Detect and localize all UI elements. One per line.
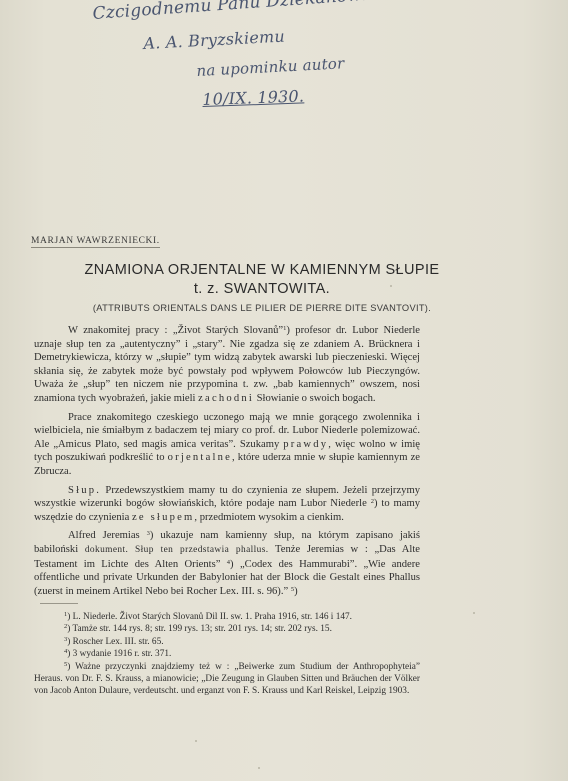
- article-body: W znakomitej pracy : „Život Starých Slov…: [34, 324, 420, 603]
- footnote-1: 1) L. Niederle. Život Starých Slovanů Di…: [34, 611, 420, 623]
- footnote-4: 4) 3 wydanie 1916 r. str. 371.: [34, 648, 420, 660]
- handwritten-date-text: 10/IX. 1930.: [202, 86, 304, 109]
- paragraph-2: Prace znakomitego czeskiego uczonego maj…: [34, 411, 420, 479]
- spaced-emphasis: ze słupem: [132, 512, 194, 523]
- handwritten-dedication-line-2: A. A. Bryzskiemu: [143, 27, 285, 53]
- footnote-2: 2) Tamże str. 144 rys. 8; str. 199 rys. …: [34, 623, 420, 635]
- footnote-text: ) Tamże str. 144 rys. 8; str. 199 rys. 1…: [67, 624, 332, 634]
- spaced-emphasis: phallus.: [229, 545, 268, 555]
- handwritten-dedication-line-1: Czcigodnemu Panu Dziekanowi: [92, 0, 368, 24]
- spaced-emphasis: zachodni: [198, 393, 254, 404]
- handwritten-date: 10/IX. 1930.: [202, 86, 304, 109]
- small-caps-run: dokument. Słup ten przedstawia: [85, 545, 229, 555]
- footnotes: 1) L. Niederle. Život Starých Slovanů Di…: [34, 611, 420, 698]
- text-run: ): [294, 586, 298, 597]
- text-run: Alfred Jeremias: [68, 530, 147, 541]
- spaced-emphasis: orjentalne: [168, 452, 232, 463]
- footnote-text: ) L. Niederle. Život Starých Slovanů Dil…: [67, 612, 352, 622]
- scanned-page: Czcigodnemu Panu Dziekanowi A. A. Bryzsk…: [0, 0, 568, 781]
- paragraph-3: Słup. Przedewszystkiem mamy tu do czynie…: [34, 484, 420, 525]
- text-run: W znakomitej pracy : „Život Starých Slov…: [68, 325, 283, 336]
- footnote-3: 3) Roscher Lex. III. str. 65.: [34, 636, 420, 648]
- footnote-divider: [40, 603, 78, 604]
- handwritten-dedication-line-3: na upominku autor: [196, 54, 345, 80]
- article-title-line-2: t. z. SWANTOWITA.: [0, 281, 546, 297]
- article-title-line-1: ZNAMIONA ORJENTALNE W KAMIENNYM SŁUPIE: [0, 262, 546, 278]
- paper-speck: [473, 612, 475, 614]
- paragraph-1: W znakomitej pracy : „Život Starých Slov…: [34, 324, 420, 406]
- spaced-emphasis: Słup.: [68, 485, 101, 496]
- text-run: Słowianie o swoich bogach.: [254, 393, 376, 404]
- paper-speck: [195, 740, 197, 742]
- paragraph-4: Alfred Jeremias 3) ukazuje nam kamienny …: [34, 529, 420, 598]
- footnote-5: 5) Ważne przyczynki znajdziemy też w : „…: [34, 661, 420, 698]
- author-name: MARJAN WAWRZENIECKI.: [31, 236, 160, 248]
- paper-speck: [258, 767, 260, 769]
- footnote-text: ) Ważne przyczynki znajdziemy też w : „B…: [34, 662, 420, 697]
- paper-speck: [390, 285, 392, 287]
- footnote-text: ) 3 wydanie 1916 r. str. 371.: [67, 649, 171, 659]
- text-run: , przedmiotem wysokim a cienkim.: [194, 512, 343, 523]
- spaced-emphasis: prawdy: [283, 439, 328, 450]
- footnote-text: ) Roscher Lex. III. str. 65.: [67, 637, 163, 647]
- article-subtitle: (ATTRIBUTS ORIENTALS DANS LE PILIER DE P…: [0, 303, 546, 313]
